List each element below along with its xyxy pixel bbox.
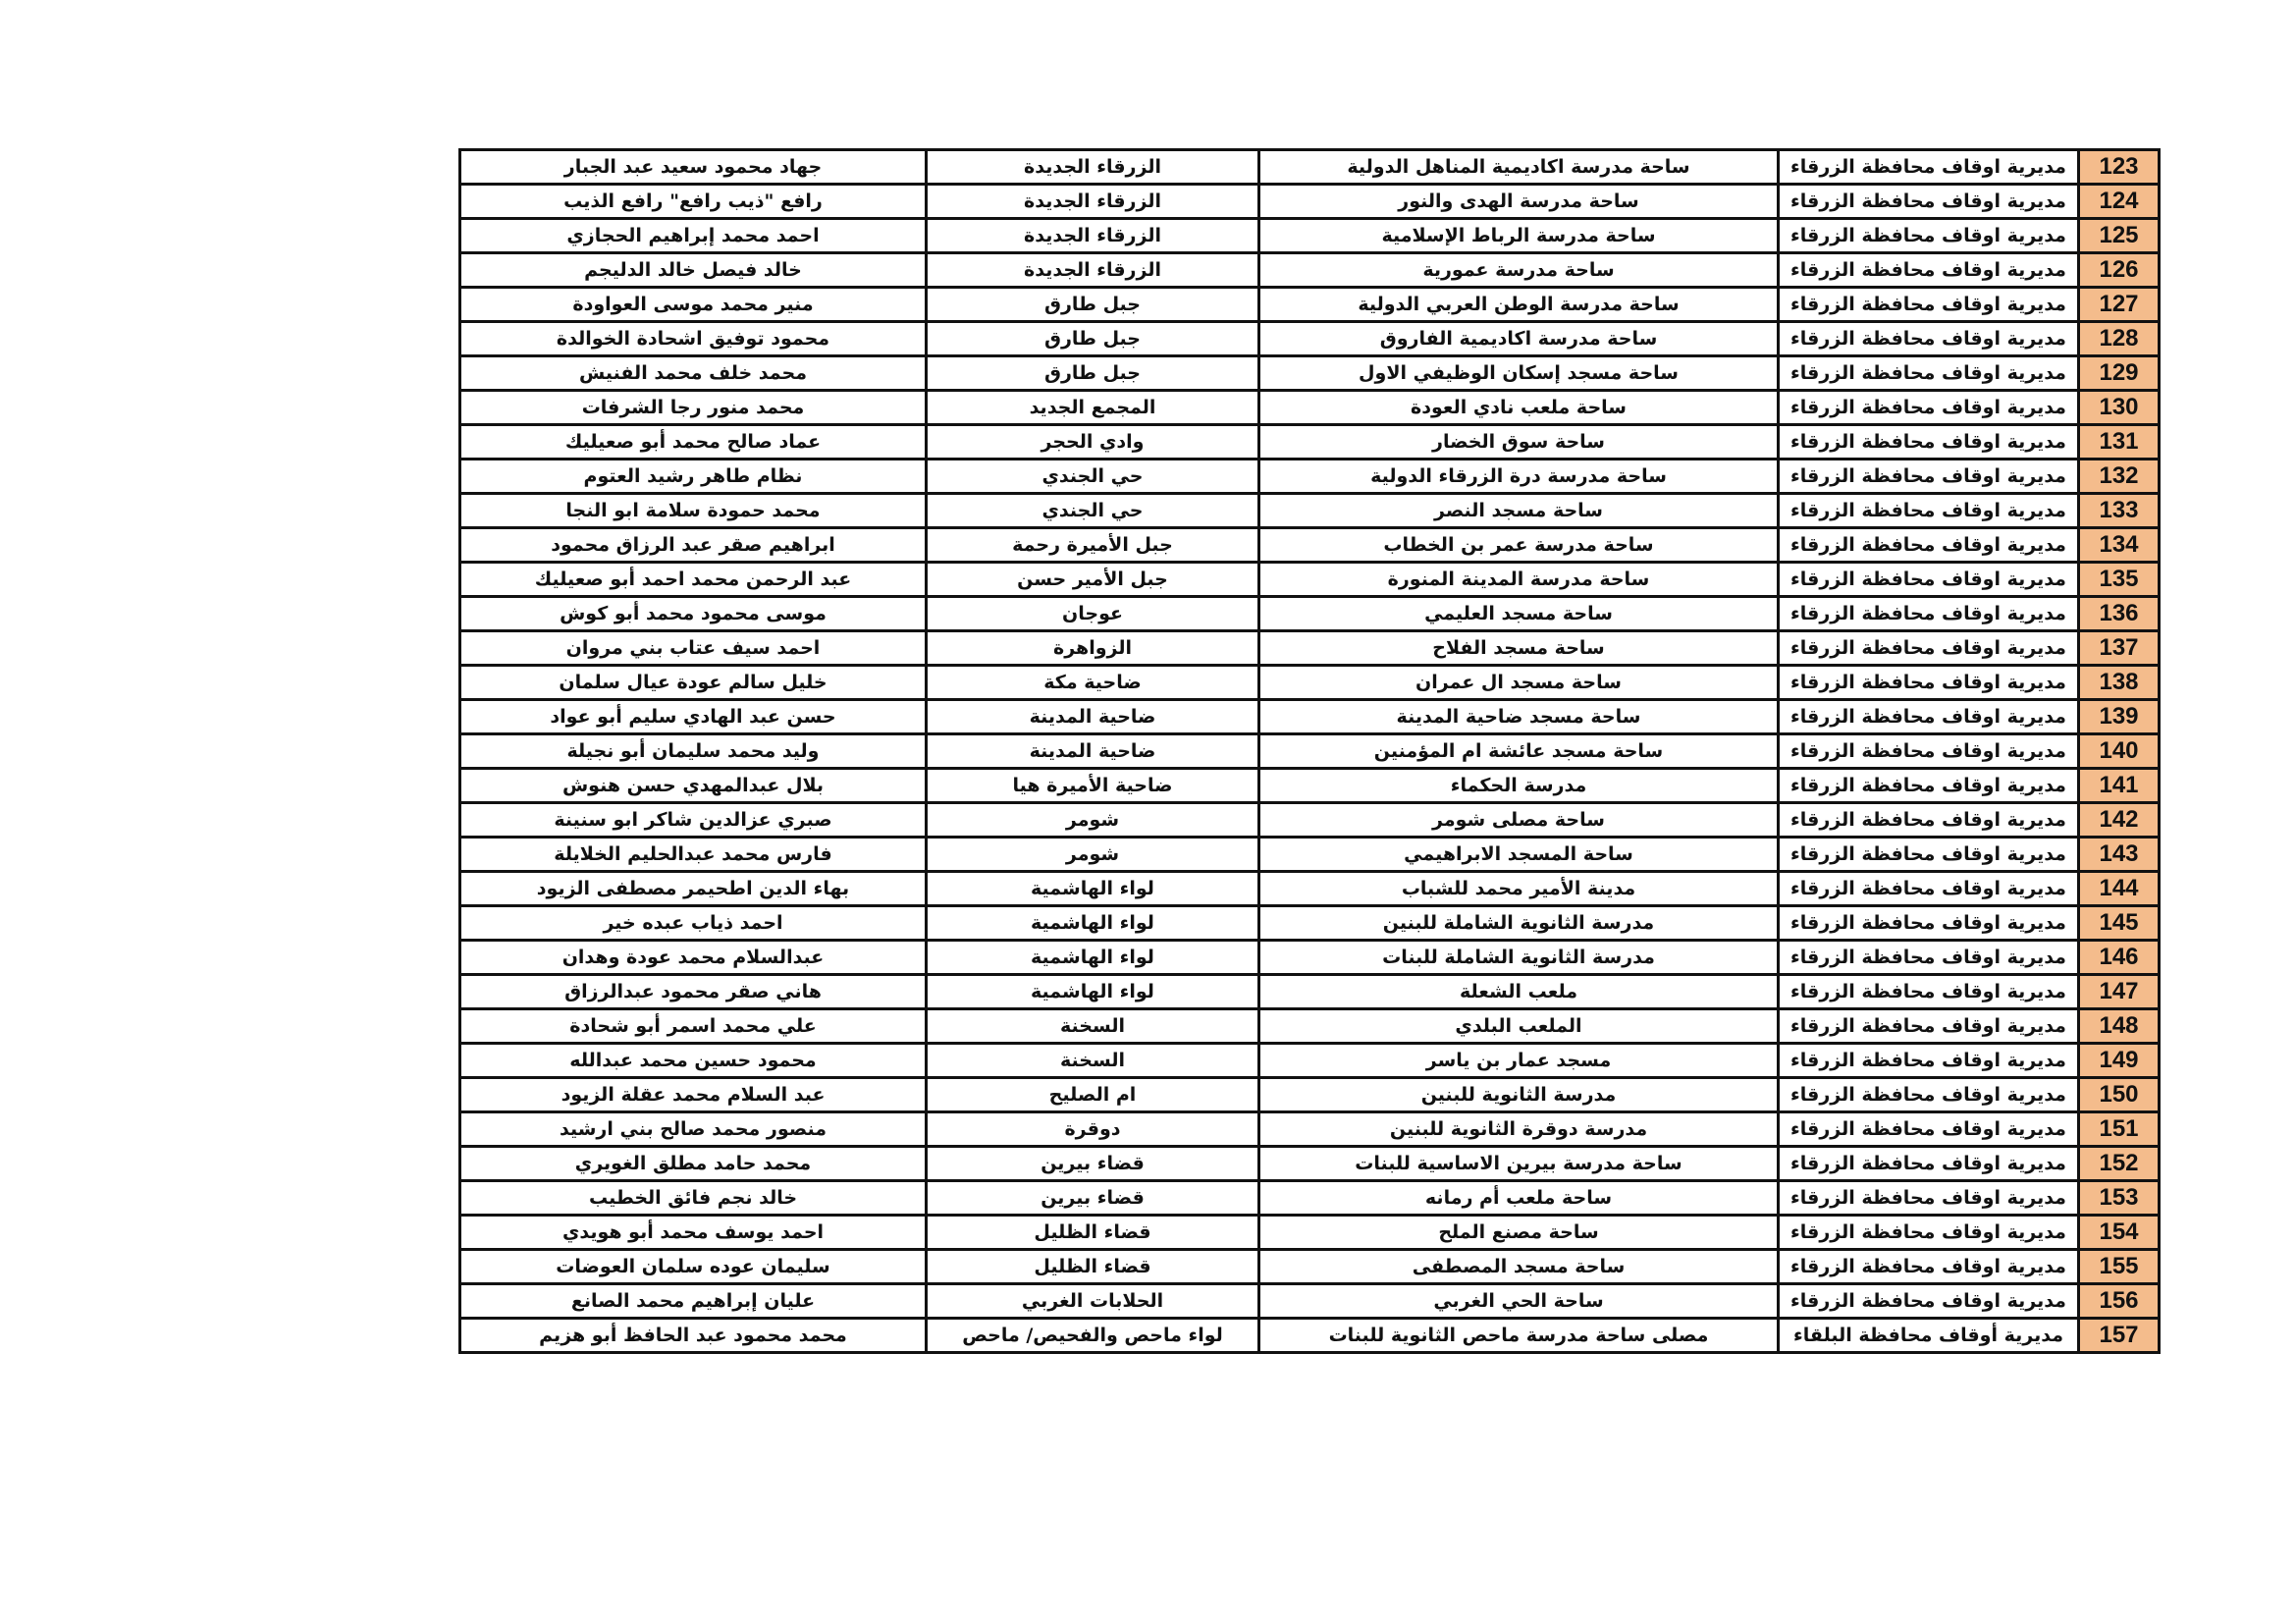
- table-row: 149مديرية اوقاف محافظة الزرقاءمسجد عمار …: [460, 1044, 2160, 1078]
- table-row: 148مديرية اوقاف محافظة الزرقاءالملعب الب…: [460, 1009, 2160, 1044]
- area-cell: جبل طارق: [927, 288, 1259, 322]
- directorate-cell: مديرية اوقاف محافظة الزرقاء: [1779, 1147, 2079, 1181]
- table-row: 125مديرية اوقاف محافظة الزرقاءساحة مدرسة…: [460, 219, 2160, 253]
- row-number: 125: [2079, 219, 2160, 253]
- directorate-cell: مديرية اوقاف محافظة الزرقاء: [1779, 597, 2079, 631]
- directorate-cell: مديرية اوقاف محافظة الزرقاء: [1779, 838, 2079, 872]
- place-cell: ساحة ملعب أم رمانه: [1259, 1181, 1779, 1216]
- place-cell: مصلى ساحة مدرسة ماحص الثانوية للبنات: [1259, 1319, 1779, 1353]
- row-number: 148: [2079, 1009, 2160, 1044]
- table-row: 140مديرية اوقاف محافظة الزرقاءساحة مسجد …: [460, 734, 2160, 769]
- place-cell: ساحة مسجد الفلاح: [1259, 631, 1779, 666]
- name-cell: جهاد محمود سعيد عبد الجبار: [460, 150, 927, 185]
- row-number: 151: [2079, 1112, 2160, 1147]
- place-cell: مدرسة الحكماء: [1259, 769, 1779, 803]
- row-number: 132: [2079, 460, 2160, 494]
- row-number: 124: [2079, 185, 2160, 219]
- name-cell: ابراهيم صقر عبد الرزاق محمود: [460, 528, 927, 563]
- directorate-cell: مديرية اوقاف محافظة الزرقاء: [1779, 941, 2079, 975]
- area-cell: ضاحية مكة: [927, 666, 1259, 700]
- area-cell: قضاء بيرين: [927, 1147, 1259, 1181]
- table-row: 141مديرية اوقاف محافظة الزرقاءمدرسة الحك…: [460, 769, 2160, 803]
- name-cell: محمد محمود عبد الحافظ أبو هزيم: [460, 1319, 927, 1353]
- prayer-locations-table: 123مديرية اوقاف محافظة الزرقاءساحة مدرسة…: [458, 148, 2161, 1354]
- area-cell: شومر: [927, 803, 1259, 838]
- area-cell: وادي الحجر: [927, 425, 1259, 460]
- area-cell: قضاء بيرين: [927, 1181, 1259, 1216]
- area-cell: عوجان: [927, 597, 1259, 631]
- place-cell: ساحة مصنع الملح: [1259, 1216, 1779, 1250]
- name-cell: عليان إبراهيم محمد الصانع: [460, 1284, 927, 1319]
- directorate-cell: مديرية اوقاف محافظة الزرقاء: [1779, 528, 2079, 563]
- place-cell: ساحة مدرسة الهدى والنور: [1259, 185, 1779, 219]
- area-cell: الزواهرة: [927, 631, 1259, 666]
- row-number: 131: [2079, 425, 2160, 460]
- directorate-cell: مديرية اوقاف محافظة الزرقاء: [1779, 1009, 2079, 1044]
- area-cell: جبل الأميرة رحمة: [927, 528, 1259, 563]
- name-cell: محمد منور رجا الشرفات: [460, 391, 927, 425]
- directorate-cell: مديرية اوقاف محافظة الزرقاء: [1779, 322, 2079, 356]
- directorate-cell: مديرية اوقاف محافظة الزرقاء: [1779, 460, 2079, 494]
- row-number: 157: [2079, 1319, 2160, 1353]
- table-row: 153مديرية اوقاف محافظة الزرقاءساحة ملعب …: [460, 1181, 2160, 1216]
- directorate-cell: مديرية اوقاف محافظة الزرقاء: [1779, 425, 2079, 460]
- directorate-cell: مديرية اوقاف محافظة الزرقاء: [1779, 391, 2079, 425]
- table-row: 156مديرية اوقاف محافظة الزرقاءساحة الحي …: [460, 1284, 2160, 1319]
- table-row: 136مديرية اوقاف محافظة الزرقاءساحة مسجد …: [460, 597, 2160, 631]
- row-number: 147: [2079, 975, 2160, 1009]
- area-cell: قضاء الظليل: [927, 1250, 1259, 1284]
- area-cell: جبل طارق: [927, 322, 1259, 356]
- name-cell: احمد سيف عتاب بني مروان: [460, 631, 927, 666]
- area-cell: ام الصليح: [927, 1078, 1259, 1112]
- table-row: 135مديرية اوقاف محافظة الزرقاءساحة مدرسة…: [460, 563, 2160, 597]
- table-body: 123مديرية اوقاف محافظة الزرقاءساحة مدرسة…: [460, 150, 2160, 1353]
- table-row: 123مديرية اوقاف محافظة الزرقاءساحة مدرسة…: [460, 150, 2160, 185]
- row-number: 143: [2079, 838, 2160, 872]
- area-cell: لواء الهاشمية: [927, 975, 1259, 1009]
- name-cell: خالد نجم فائق الخطيب: [460, 1181, 927, 1216]
- row-number: 133: [2079, 494, 2160, 528]
- place-cell: مدرسة الثانوية الشاملة للبنات: [1259, 941, 1779, 975]
- name-cell: بهاء الدين اطحيمر مصطفى الزيود: [460, 872, 927, 906]
- row-number: 145: [2079, 906, 2160, 941]
- area-cell: الحلابات الغربي: [927, 1284, 1259, 1319]
- place-cell: ساحة مسجد المصطفى: [1259, 1250, 1779, 1284]
- place-cell: ملعب الشعلة: [1259, 975, 1779, 1009]
- name-cell: محمود توفيق اشحادة الخوالدة: [460, 322, 927, 356]
- directorate-cell: مديرية اوقاف محافظة الزرقاء: [1779, 356, 2079, 391]
- table-row: 132مديرية اوقاف محافظة الزرقاءساحة مدرسة…: [460, 460, 2160, 494]
- directorate-cell: مديرية اوقاف محافظة الزرقاء: [1779, 666, 2079, 700]
- row-number: 123: [2079, 150, 2160, 185]
- area-cell: حي الجندي: [927, 460, 1259, 494]
- table-row: 150مديرية اوقاف محافظة الزرقاءمدرسة الثا…: [460, 1078, 2160, 1112]
- directorate-cell: مديرية اوقاف محافظة الزرقاء: [1779, 1044, 2079, 1078]
- place-cell: ساحة ملعب نادي العودة: [1259, 391, 1779, 425]
- table-row: 138مديرية اوقاف محافظة الزرقاءساحة مسجد …: [460, 666, 2160, 700]
- area-cell: الزرقاء الجديدة: [927, 219, 1259, 253]
- table-row: 137مديرية اوقاف محافظة الزرقاءساحة مسجد …: [460, 631, 2160, 666]
- area-cell: لواء الهاشمية: [927, 941, 1259, 975]
- name-cell: موسى محمود محمد أبو كوش: [460, 597, 927, 631]
- directorate-cell: مديرية اوقاف محافظة الزرقاء: [1779, 1078, 2079, 1112]
- table-row: 146مديرية اوقاف محافظة الزرقاءمدرسة الثا…: [460, 941, 2160, 975]
- directorate-cell: مديرية اوقاف محافظة الزرقاء: [1779, 872, 2079, 906]
- place-cell: ساحة مصلى شومر: [1259, 803, 1779, 838]
- name-cell: محمد حامد مطلق الغويري: [460, 1147, 927, 1181]
- name-cell: عبدالسلام محمد عودة وهدان: [460, 941, 927, 975]
- place-cell: مدينة الأمير محمد للشباب: [1259, 872, 1779, 906]
- row-number: 142: [2079, 803, 2160, 838]
- area-cell: الزرقاء الجديدة: [927, 185, 1259, 219]
- table-row: 154مديرية اوقاف محافظة الزرقاءساحة مصنع …: [460, 1216, 2160, 1250]
- row-number: 139: [2079, 700, 2160, 734]
- area-cell: ضاحية الأميرة هيا: [927, 769, 1259, 803]
- directorate-cell: مديرية اوقاف محافظة الزرقاء: [1779, 631, 2079, 666]
- directorate-cell: مديرية اوقاف محافظة الزرقاء: [1779, 288, 2079, 322]
- directorate-cell: مديرية اوقاف محافظة الزرقاء: [1779, 150, 2079, 185]
- row-number: 141: [2079, 769, 2160, 803]
- place-cell: الملعب البلدي: [1259, 1009, 1779, 1044]
- row-number: 128: [2079, 322, 2160, 356]
- place-cell: ساحة مدرسة عمورية: [1259, 253, 1779, 288]
- place-cell: ساحة مدرسة الوطن العربي الدولية: [1259, 288, 1779, 322]
- table-row: 142مديرية اوقاف محافظة الزرقاءساحة مصلى …: [460, 803, 2160, 838]
- name-cell: هاني صقر محمود عبدالرزاق: [460, 975, 927, 1009]
- area-cell: جبل الأمير حسن: [927, 563, 1259, 597]
- directorate-cell: مديرية اوقاف محافظة الزرقاء: [1779, 494, 2079, 528]
- row-number: 135: [2079, 563, 2160, 597]
- area-cell: الزرقاء الجديدة: [927, 253, 1259, 288]
- name-cell: منصور محمد صالح بني ارشيد: [460, 1112, 927, 1147]
- row-number: 153: [2079, 1181, 2160, 1216]
- row-number: 137: [2079, 631, 2160, 666]
- table-row: 131مديرية اوقاف محافظة الزرقاءساحة سوق ا…: [460, 425, 2160, 460]
- row-number: 150: [2079, 1078, 2160, 1112]
- row-number: 129: [2079, 356, 2160, 391]
- table-row: 128مديرية اوقاف محافظة الزرقاءساحة مدرسة…: [460, 322, 2160, 356]
- name-cell: حسن عبد الهادي سليم أبو عواد: [460, 700, 927, 734]
- area-cell: حي الجندي: [927, 494, 1259, 528]
- place-cell: مسجد عمار بن ياسر: [1259, 1044, 1779, 1078]
- row-number: 138: [2079, 666, 2160, 700]
- area-cell: المجمع الجديد: [927, 391, 1259, 425]
- place-cell: ساحة مدرسة بيرين الاساسية للبنات: [1259, 1147, 1779, 1181]
- name-cell: خالد فيصل خالد الدليجم: [460, 253, 927, 288]
- table-row: 151مديرية اوقاف محافظة الزرقاءمدرسة دوقر…: [460, 1112, 2160, 1147]
- directorate-cell: مديرية اوقاف محافظة الزرقاء: [1779, 219, 2079, 253]
- area-cell: السخنة: [927, 1009, 1259, 1044]
- place-cell: ساحة مدرسة المدينة المنورة: [1259, 563, 1779, 597]
- area-cell: السخنة: [927, 1044, 1259, 1078]
- area-cell: لواء الهاشمية: [927, 872, 1259, 906]
- area-cell: ضاحية المدينة: [927, 700, 1259, 734]
- name-cell: احمد ذياب عبده خير: [460, 906, 927, 941]
- place-cell: ساحة مسجد ضاحية المدينة: [1259, 700, 1779, 734]
- area-cell: دوقرة: [927, 1112, 1259, 1147]
- row-number: 134: [2079, 528, 2160, 563]
- directorate-cell: مديرية اوقاف محافظة الزرقاء: [1779, 975, 2079, 1009]
- document-page: 123مديرية اوقاف محافظة الزرقاءساحة مدرسة…: [458, 148, 2161, 1354]
- name-cell: فارس محمد عبدالحليم الخلايلة: [460, 838, 927, 872]
- table-row: 157مديرية أوقاف محافظة البلقاءمصلى ساحة …: [460, 1319, 2160, 1353]
- table-row: 139مديرية اوقاف محافظة الزرقاءساحة مسجد …: [460, 700, 2160, 734]
- place-cell: ساحة المسجد الابراهيمي: [1259, 838, 1779, 872]
- table-row: 147مديرية اوقاف محافظة الزرقاءملعب الشعل…: [460, 975, 2160, 1009]
- table-row: 129مديرية اوقاف محافظة الزرقاءساحة مسجد …: [460, 356, 2160, 391]
- directorate-cell: مديرية اوقاف محافظة الزرقاء: [1779, 1181, 2079, 1216]
- table-row: 133مديرية اوقاف محافظة الزرقاءساحة مسجد …: [460, 494, 2160, 528]
- table-row: 127مديرية اوقاف محافظة الزرقاءساحة مدرسة…: [460, 288, 2160, 322]
- row-number: 140: [2079, 734, 2160, 769]
- name-cell: صبري عزالدين شاكر ابو سنينة: [460, 803, 927, 838]
- place-cell: ساحة مسجد إسكان الوظيفي الاول: [1259, 356, 1779, 391]
- area-cell: شومر: [927, 838, 1259, 872]
- name-cell: علي محمد اسمر أبو شحادة: [460, 1009, 927, 1044]
- directorate-cell: مديرية اوقاف محافظة الزرقاء: [1779, 1284, 2079, 1319]
- name-cell: وليد محمد سليمان أبو نجيلة: [460, 734, 927, 769]
- place-cell: ساحة الحي الغربي: [1259, 1284, 1779, 1319]
- name-cell: رافع "ذيب رافع" رافع الذيب: [460, 185, 927, 219]
- name-cell: محمد حمودة سلامة ابو النجا: [460, 494, 927, 528]
- directorate-cell: مديرية اوقاف محافظة الزرقاء: [1779, 769, 2079, 803]
- name-cell: عبد الرحمن محمد احمد أبو صعيليك: [460, 563, 927, 597]
- directorate-cell: مديرية أوقاف محافظة البلقاء: [1779, 1319, 2079, 1353]
- place-cell: مدرسة الثانوية الشاملة للبنين: [1259, 906, 1779, 941]
- row-number: 152: [2079, 1147, 2160, 1181]
- name-cell: خليل سالم عودة عيال سلمان: [460, 666, 927, 700]
- row-number: 146: [2079, 941, 2160, 975]
- place-cell: ساحة مسجد ال عمران: [1259, 666, 1779, 700]
- name-cell: سليمان عوده سلمان العوضات: [460, 1250, 927, 1284]
- table-row: 144مديرية اوقاف محافظة الزرقاءمدينة الأم…: [460, 872, 2160, 906]
- directorate-cell: مديرية اوقاف محافظة الزرقاء: [1779, 1112, 2079, 1147]
- table-row: 124مديرية اوقاف محافظة الزرقاءساحة مدرسة…: [460, 185, 2160, 219]
- name-cell: بلال عبدالمهدي حسن هنوش: [460, 769, 927, 803]
- directorate-cell: مديرية اوقاف محافظة الزرقاء: [1779, 700, 2079, 734]
- table-row: 143مديرية اوقاف محافظة الزرقاءساحة المسج…: [460, 838, 2160, 872]
- place-cell: مدرسة الثانوية للبنين: [1259, 1078, 1779, 1112]
- place-cell: ساحة مدرسة الرباط الإسلامية: [1259, 219, 1779, 253]
- row-number: 155: [2079, 1250, 2160, 1284]
- area-cell: لواء الهاشمية: [927, 906, 1259, 941]
- place-cell: ساحة مدرسة اكاديمية المناهل الدولية: [1259, 150, 1779, 185]
- place-cell: ساحة مسجد العليمي: [1259, 597, 1779, 631]
- table-row: 126مديرية اوقاف محافظة الزرقاءساحة مدرسة…: [460, 253, 2160, 288]
- table-row: 155مديرية اوقاف محافظة الزرقاءساحة مسجد …: [460, 1250, 2160, 1284]
- table-row: 130مديرية اوقاف محافظة الزرقاءساحة ملعب …: [460, 391, 2160, 425]
- area-cell: الزرقاء الجديدة: [927, 150, 1259, 185]
- directorate-cell: مديرية اوقاف محافظة الزرقاء: [1779, 1216, 2079, 1250]
- row-number: 144: [2079, 872, 2160, 906]
- area-cell: ضاحية المدينة: [927, 734, 1259, 769]
- name-cell: محمود حسين محمد عبدالله: [460, 1044, 927, 1078]
- place-cell: مدرسة دوقرة الثانوية للبنين: [1259, 1112, 1779, 1147]
- place-cell: ساحة مسجد النصر: [1259, 494, 1779, 528]
- place-cell: ساحة مدرسة درة الزرقاء الدولية: [1259, 460, 1779, 494]
- area-cell: قضاء الظليل: [927, 1216, 1259, 1250]
- place-cell: ساحة مسجد عائشة ام المؤمنين: [1259, 734, 1779, 769]
- directorate-cell: مديرية اوقاف محافظة الزرقاء: [1779, 1250, 2079, 1284]
- place-cell: ساحة مدرسة عمر بن الخطاب: [1259, 528, 1779, 563]
- name-cell: عماد صالح محمد أبو صعيليك: [460, 425, 927, 460]
- row-number: 154: [2079, 1216, 2160, 1250]
- row-number: 126: [2079, 253, 2160, 288]
- directorate-cell: مديرية اوقاف محافظة الزرقاء: [1779, 185, 2079, 219]
- row-number: 149: [2079, 1044, 2160, 1078]
- name-cell: منير محمد موسى العواودة: [460, 288, 927, 322]
- name-cell: محمد خلف محمد الفنيش: [460, 356, 927, 391]
- directorate-cell: مديرية اوقاف محافظة الزرقاء: [1779, 803, 2079, 838]
- area-cell: جبل طارق: [927, 356, 1259, 391]
- row-number: 130: [2079, 391, 2160, 425]
- area-cell: لواء ماحص والفحيص/ ماحص: [927, 1319, 1259, 1353]
- name-cell: نظام طاهر رشيد العتوم: [460, 460, 927, 494]
- name-cell: عبد السلام محمد عقلة الزيود: [460, 1078, 927, 1112]
- directorate-cell: مديرية اوقاف محافظة الزرقاء: [1779, 563, 2079, 597]
- place-cell: ساحة مدرسة اكاديمية الفاروق: [1259, 322, 1779, 356]
- directorate-cell: مديرية اوقاف محافظة الزرقاء: [1779, 906, 2079, 941]
- place-cell: ساحة سوق الخضار: [1259, 425, 1779, 460]
- name-cell: احمد يوسف محمد أبو هويدي: [460, 1216, 927, 1250]
- table-row: 134مديرية اوقاف محافظة الزرقاءساحة مدرسة…: [460, 528, 2160, 563]
- directorate-cell: مديرية اوقاف محافظة الزرقاء: [1779, 253, 2079, 288]
- row-number: 136: [2079, 597, 2160, 631]
- row-number: 156: [2079, 1284, 2160, 1319]
- table-row: 152مديرية اوقاف محافظة الزرقاءساحة مدرسة…: [460, 1147, 2160, 1181]
- row-number: 127: [2079, 288, 2160, 322]
- name-cell: احمد محمد إبراهيم الحجازي: [460, 219, 927, 253]
- directorate-cell: مديرية اوقاف محافظة الزرقاء: [1779, 734, 2079, 769]
- table-row: 145مديرية اوقاف محافظة الزرقاءمدرسة الثا…: [460, 906, 2160, 941]
